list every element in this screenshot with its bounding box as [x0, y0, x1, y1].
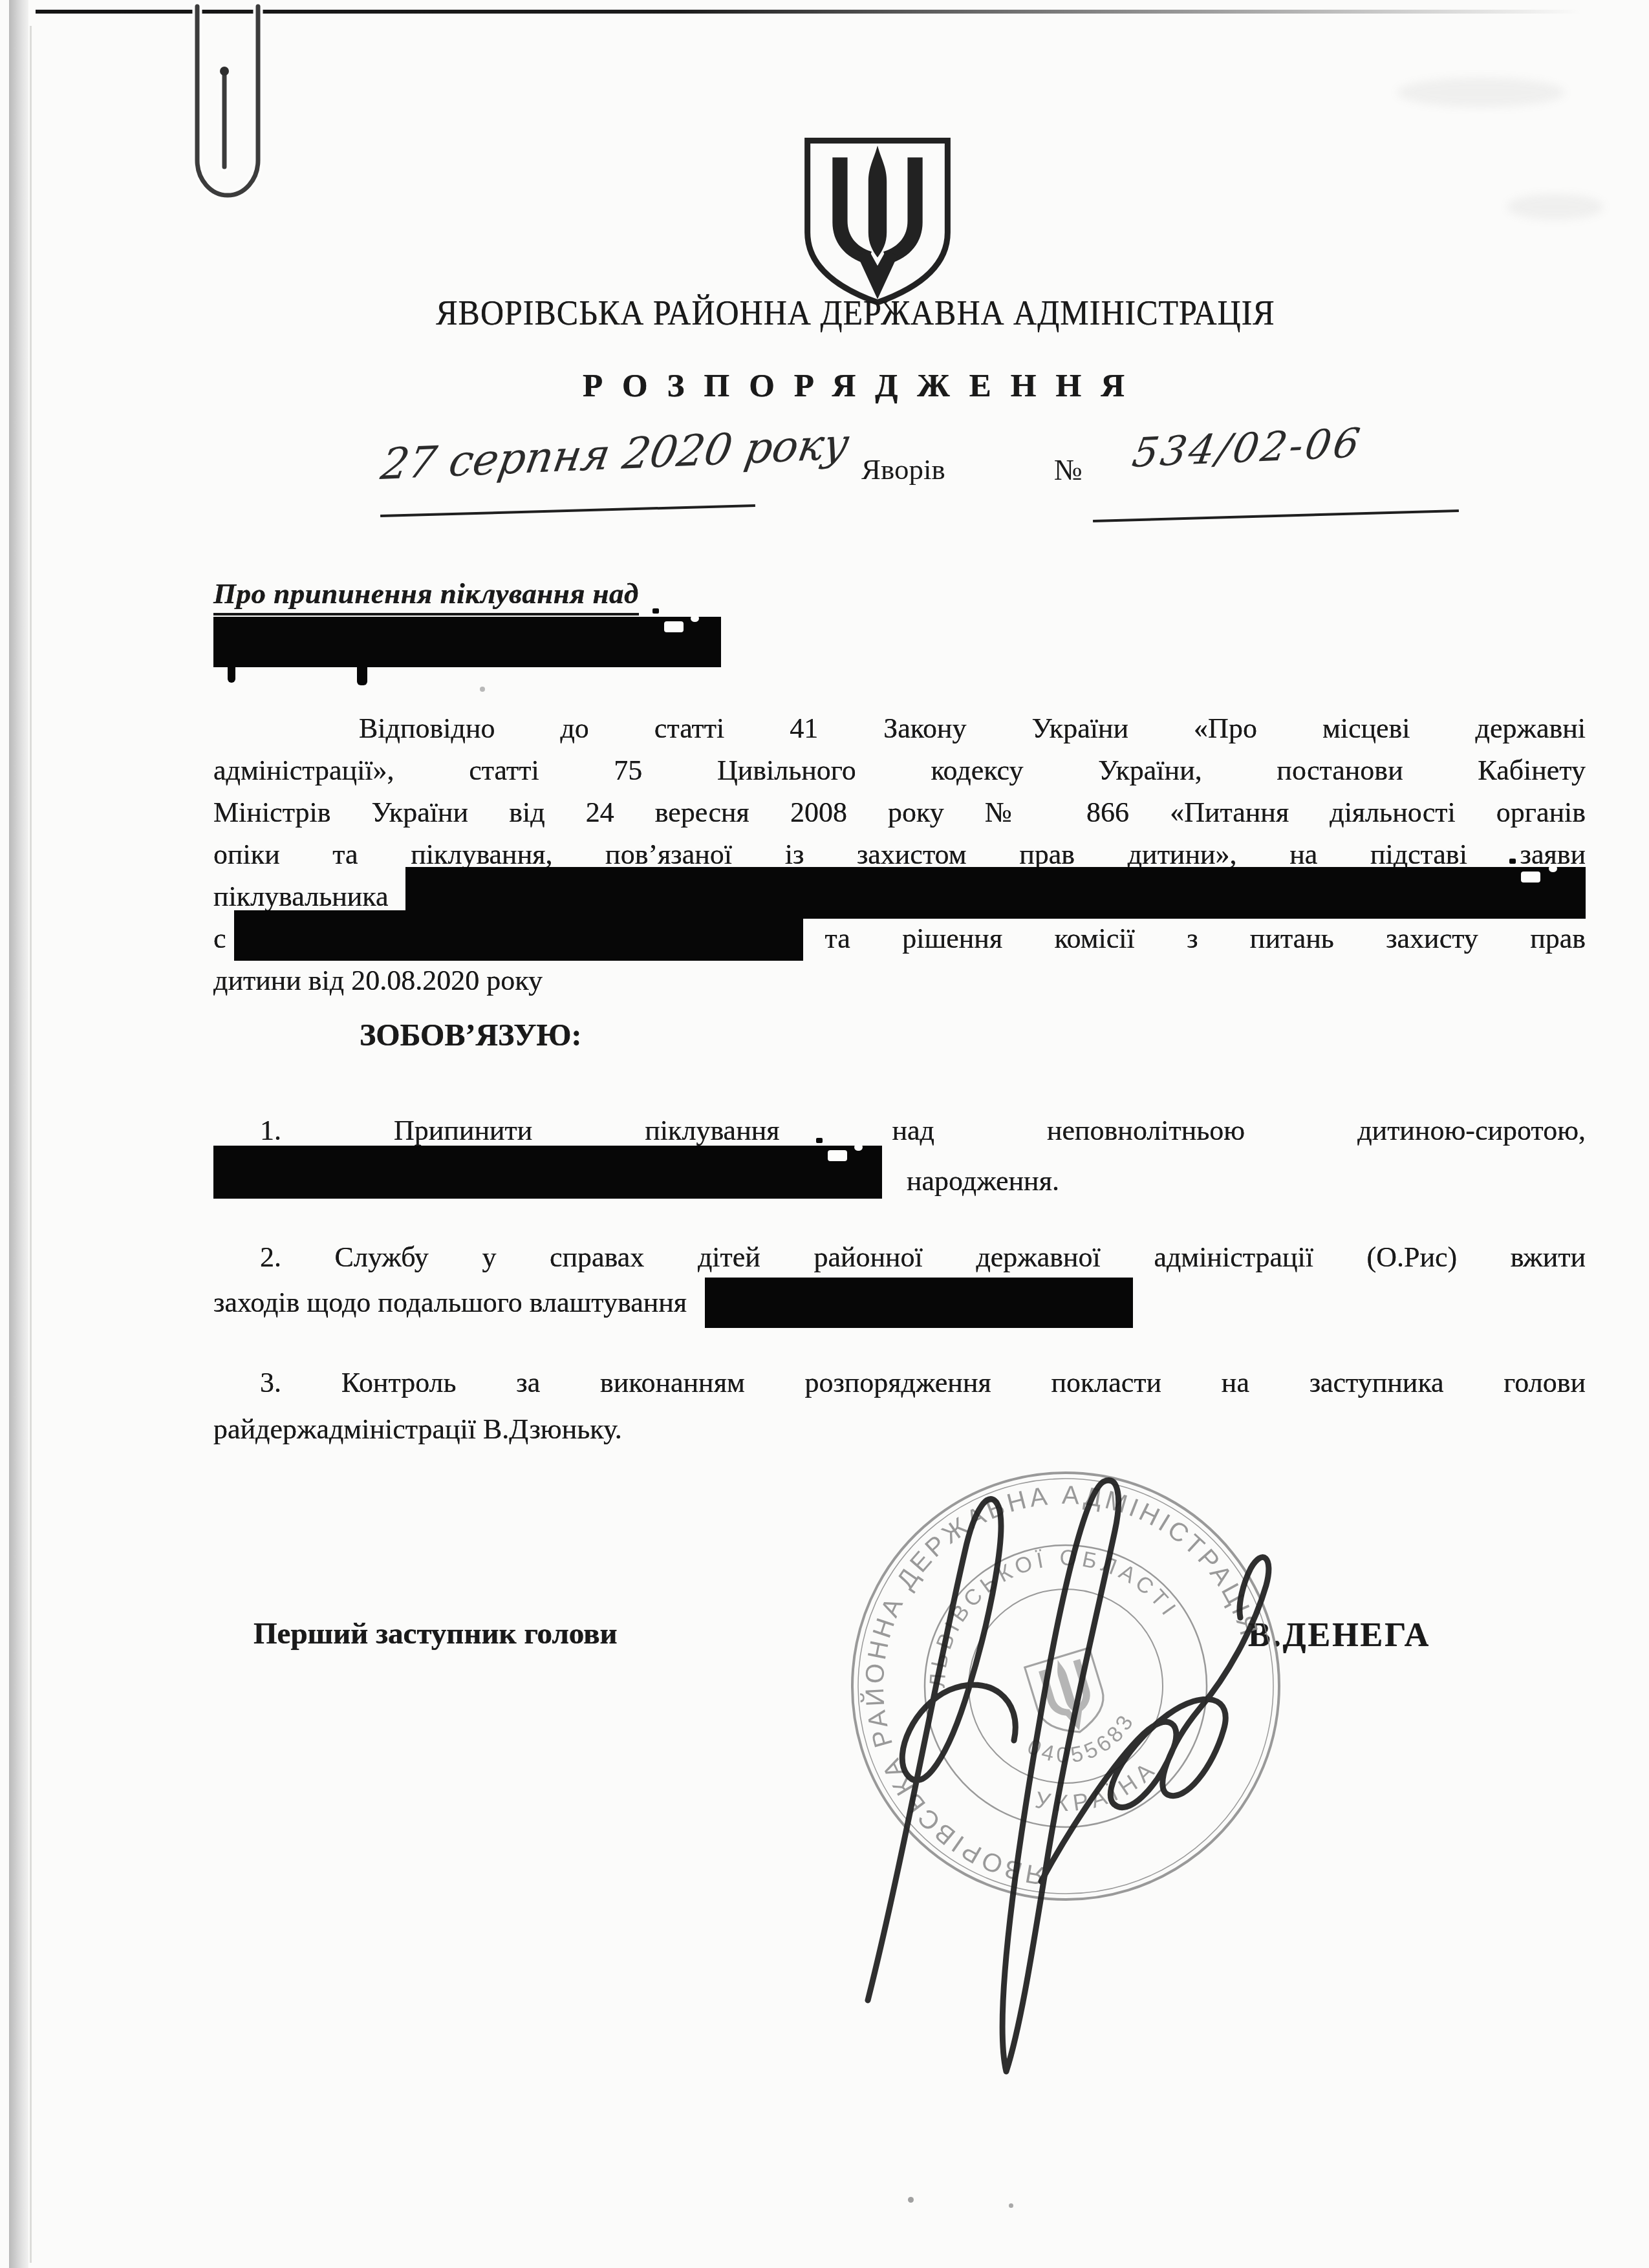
redacted-letter-tail — [357, 665, 367, 685]
redaction-bar-placement — [705, 1278, 1133, 1328]
paragraph-text: с — [213, 917, 226, 959]
date-underline — [380, 504, 755, 517]
scan-smudge — [1507, 194, 1604, 220]
document-type-title: РОЗПОРЯДЖЕННЯ — [39, 367, 1649, 405]
scan-top-edge-line — [36, 10, 1646, 14]
scanned-document-page: ЯВОРІВСЬКА РАЙОННА ДЕРЖАВНА АДМІНІСТРАЦІ… — [0, 0, 1649, 2268]
scan-speck — [1009, 2203, 1013, 2208]
redaction-notch — [691, 615, 699, 622]
item-text: народження. — [907, 1161, 1059, 1201]
redaction-notch — [664, 621, 684, 632]
order-item-2: 2. Службу у справах дітей районної держа… — [213, 1237, 1586, 1278]
order-item-1-line2: народження. — [213, 1146, 1586, 1201]
scan-speck — [908, 2197, 914, 2203]
ukraine-trident-emblem — [794, 133, 961, 312]
number-underline — [1093, 509, 1459, 522]
paragraph-line: с та рішення комісії з питань захисту пр… — [213, 917, 1586, 959]
redaction-bar-child — [213, 1146, 882, 1199]
paragraph-text: та рішення комісії з питань захисту прав — [803, 917, 1586, 959]
redaction-notch — [854, 1144, 863, 1151]
paragraph-line: адміністрації», статті 75 Цивільного код… — [213, 749, 1586, 791]
redaction-notch — [1549, 865, 1557, 872]
paragraph-line: дитини від 20.08.2020 року — [213, 959, 1586, 1001]
organization-title: ЯВОРІВСЬКА РАЙОННА ДЕРЖАВНА АДМІНІСТРАЦІ… — [31, 293, 1649, 334]
scan-left-edge-shadow — [9, 0, 28, 2268]
order-item-2-line2: заходів щодо подальшого влаштування — [213, 1283, 1586, 1328]
order-item-1: 1. Припинити піклування над неповнолітнь… — [213, 1111, 1586, 1151]
handwritten-number: 534/02-06 — [1129, 419, 1366, 476]
order-item-3-line2: райдержадміністрації В.Дзюньку. — [213, 1409, 1586, 1450]
handwritten-signature — [821, 1448, 1326, 2095]
scan-left-edge-line — [30, 26, 32, 2263]
redaction-speck — [652, 608, 659, 614]
number-sign: № — [1054, 453, 1083, 487]
signer-position: Перший заступник голови — [253, 1616, 618, 1651]
redaction-bar-address — [234, 910, 803, 961]
redaction-notch — [828, 1150, 847, 1161]
order-item-3: 3. Контроль за виконанням розпорядження … — [213, 1363, 1586, 1403]
redaction-bar-subject — [213, 617, 721, 667]
redaction-notch — [1521, 872, 1540, 883]
scan-smudge — [1397, 78, 1565, 107]
item-text: заходів щодо подальшого влаштування — [213, 1283, 687, 1323]
handwritten-date: 27 серпня 2020 року — [378, 419, 853, 489]
paragraph-line: Міністрів України від 24 вересня 2008 ро… — [213, 791, 1586, 833]
redaction-speck — [1509, 859, 1516, 864]
redaction-speck — [816, 1138, 823, 1143]
scan-speck — [480, 687, 485, 692]
main-paragraph: Відповідно до статті 41 Закону України «… — [213, 707, 1586, 1001]
paragraph-line: Відповідно до статті 41 Закону України «… — [213, 707, 1586, 749]
obligate-heading: ЗОБОВ’ЯЗУЮ: — [360, 1018, 581, 1053]
paper-clip — [184, 0, 268, 220]
place-label: Яворів — [861, 453, 945, 486]
redacted-letter-tail — [228, 666, 235, 683]
subject-line: Про припинення піклування над — [213, 577, 639, 615]
